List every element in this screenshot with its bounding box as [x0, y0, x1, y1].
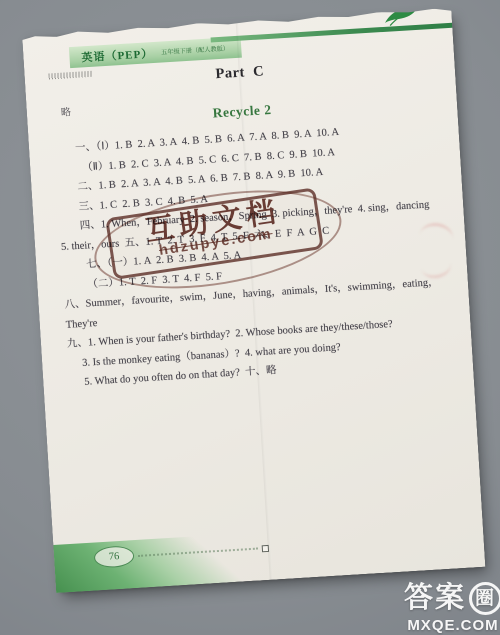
watermark-site-url: MXQE.COM [404, 618, 500, 633]
leaf-icon [381, 2, 422, 28]
watermark-brand: 答案圈 [404, 582, 500, 615]
scanned-answer-page: 英语（PEP） 五年级下册（配人教版） Part C 略 Recycle 2 一… [22, 8, 485, 593]
site-watermark: 答案圈 MXQE.COM [404, 582, 500, 633]
footer-square-marker [262, 545, 269, 552]
photo-background: { "header": { "subject": "英语（PEP）", "edi… [0, 0, 500, 635]
footer-green-corner [53, 529, 310, 592]
page-number: 76 [109, 551, 120, 563]
book-subject-label: 英语（PEP） [81, 45, 154, 65]
watermark-circle-icon: 圈 [469, 582, 500, 615]
book-edition-label: 五年级下册（配人教版） [161, 44, 229, 57]
watermark-brand-text: 答案 [404, 582, 466, 614]
